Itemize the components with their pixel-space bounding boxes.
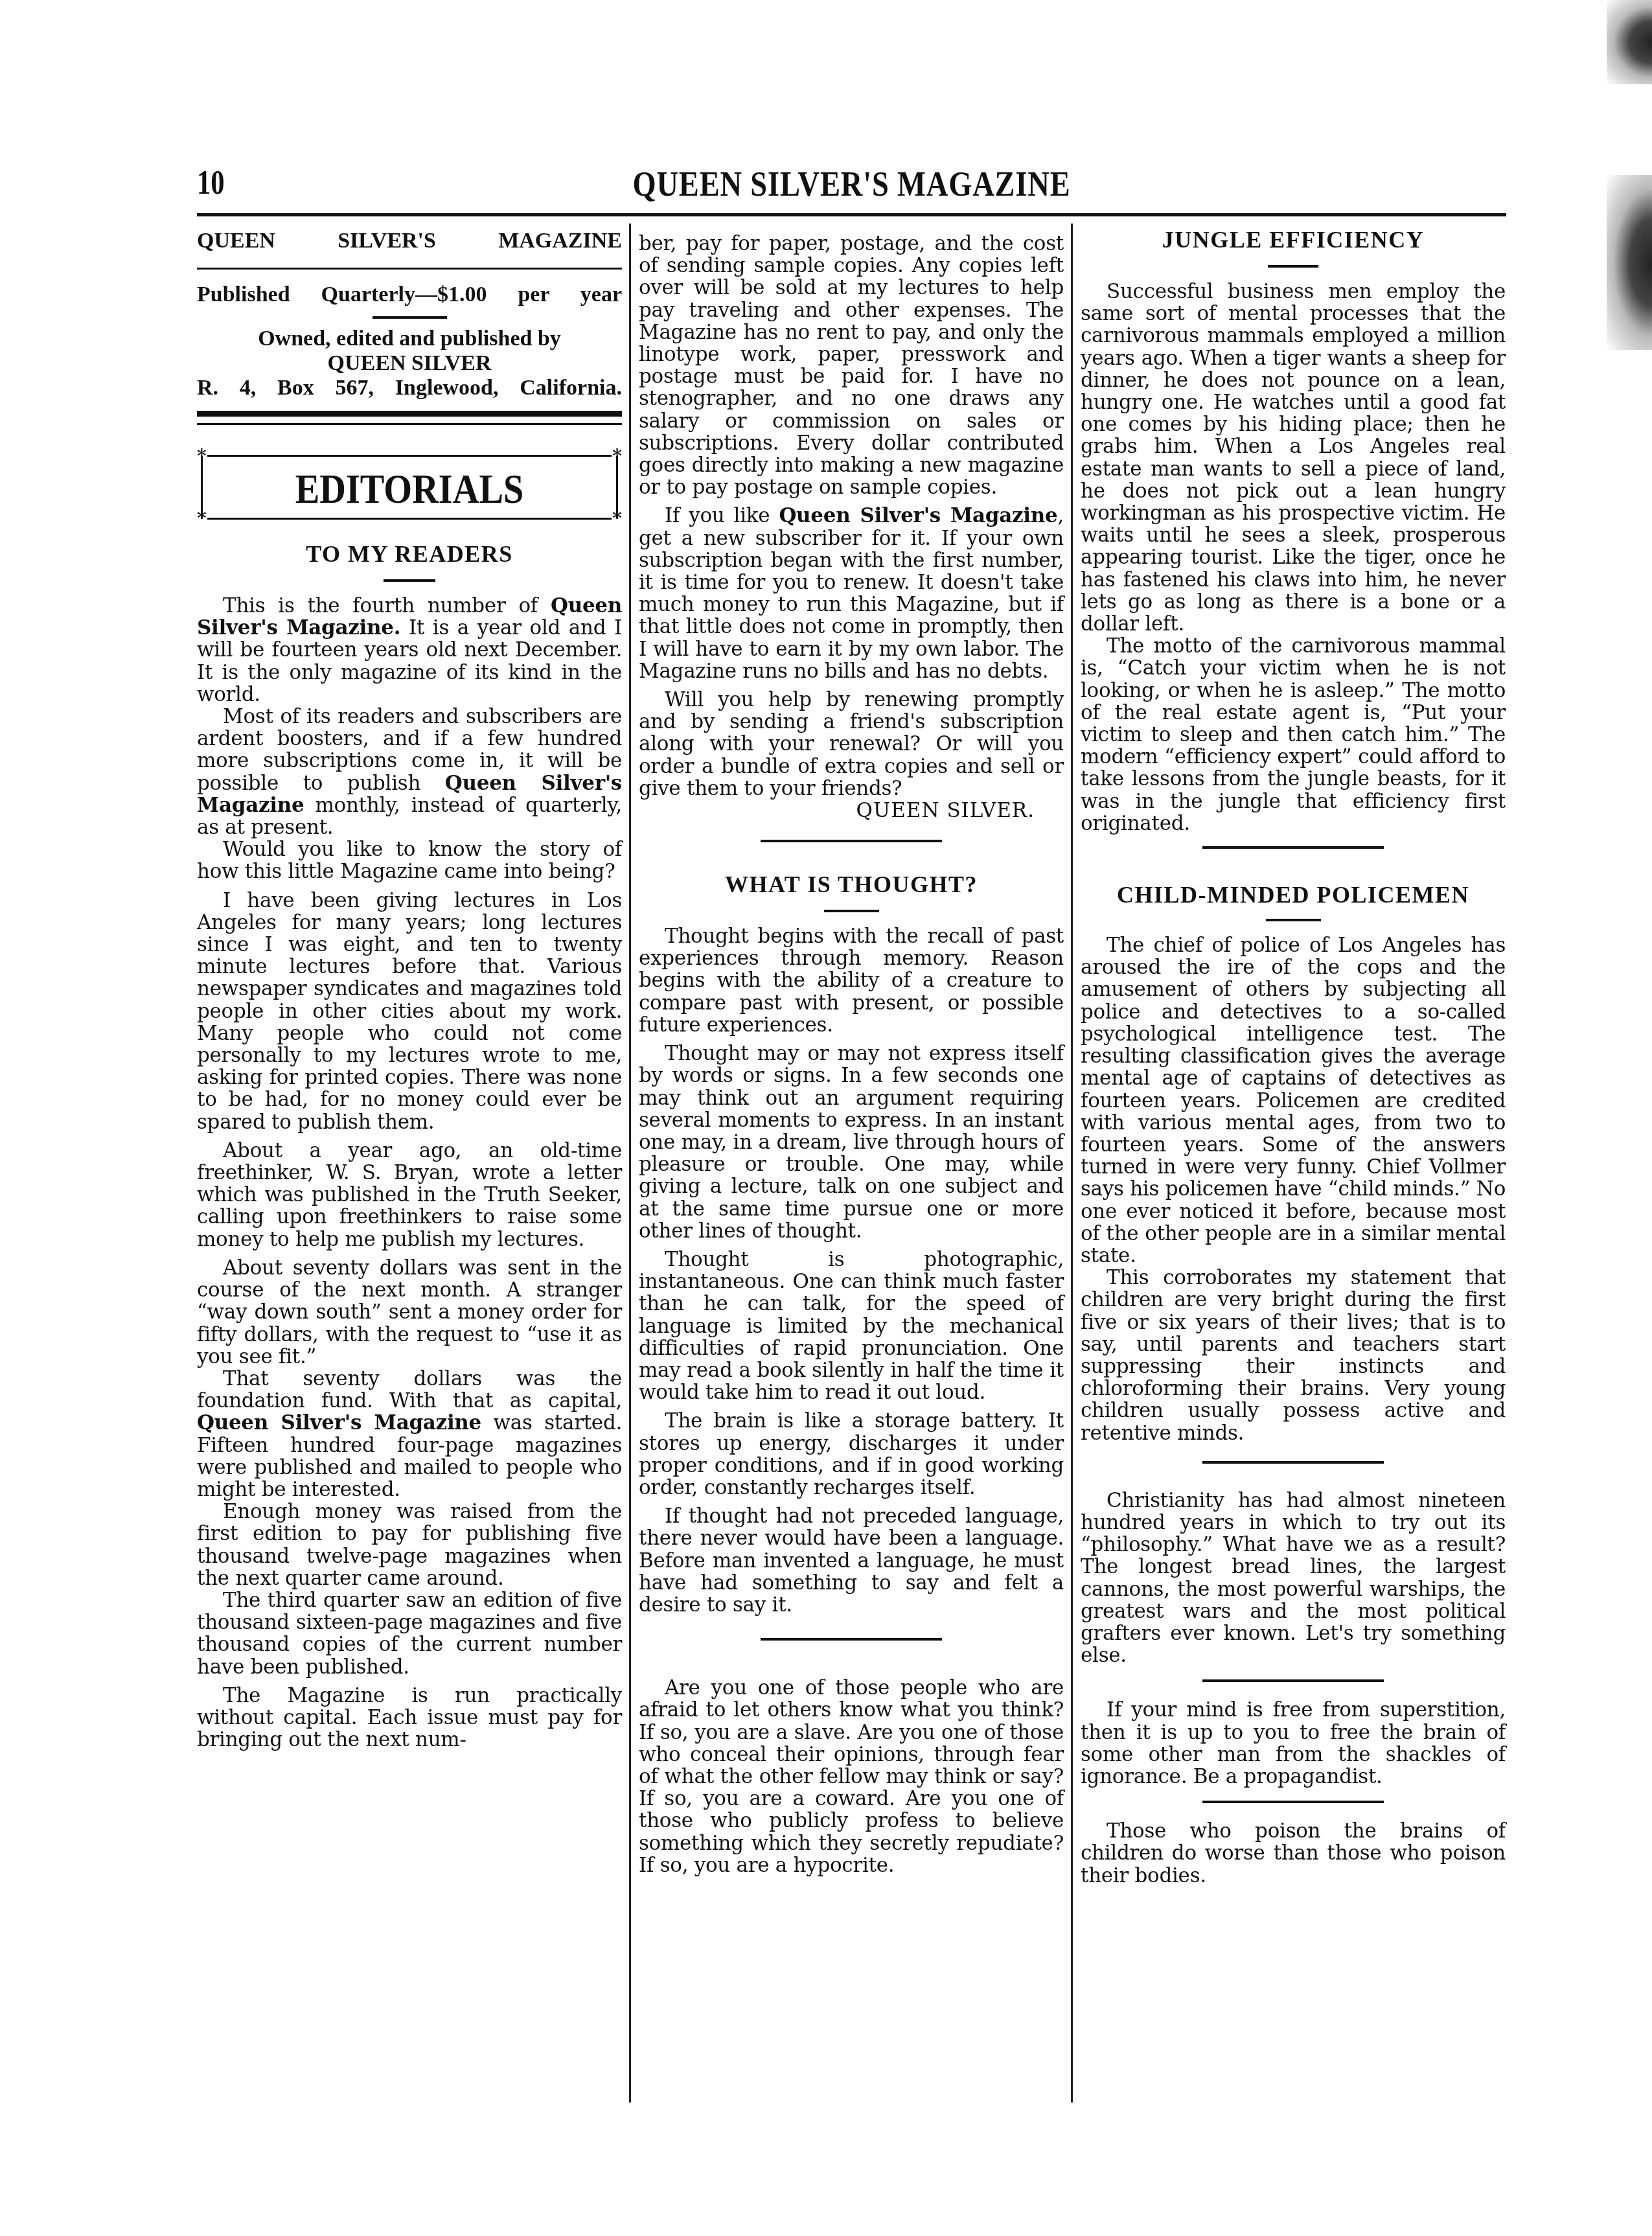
paragraph: The third quarter saw an edition of five… (197, 1589, 622, 1678)
section-banner-title: EDITORIALS (222, 465, 596, 513)
paragraph: About seventy dollars was sent in the co… (197, 1257, 622, 1368)
article-signature: QUEEN SILVER. (639, 800, 1064, 822)
section-divider (1202, 846, 1384, 849)
running-title: QUEEN SILVER'S MAGAZINE (288, 164, 1414, 204)
asterisk-ornament-icon: * (197, 512, 207, 525)
page-number: 10 (197, 164, 225, 202)
paragraph: Are you one of those people who are afra… (639, 1677, 1064, 1876)
paragraph: Thought may or may not express itself by… (639, 1043, 1064, 1242)
masthead-thick-rule (197, 411, 622, 417)
column-rule (629, 224, 631, 2103)
article-title: TO MY READERS (197, 540, 622, 568)
paragraph: Successful business men employ the same … (1081, 281, 1506, 635)
paragraph: Thought is photographic, instantaneous. … (639, 1249, 1064, 1403)
paragraph: Thought begins with the recall of past e… (639, 925, 1064, 1036)
paragraph: Would you like to know the story of how … (197, 838, 622, 882)
paragraph: Those who poison the brains of children … (1081, 1820, 1506, 1887)
asterisk-ornament-icon: * (612, 512, 622, 525)
masthead-title: QUEEN SILVER'S MAGAZINE (197, 229, 622, 253)
column-3: JUNGLE EFFICIENCY Successful business me… (1081, 224, 1506, 1887)
article-body-to-my-readers: This is the fourth number of Queen Silve… (197, 595, 622, 1751)
paragraph: I have been giving lectures in Los Angel… (197, 890, 622, 1133)
section-divider (1202, 1679, 1384, 1682)
paragraph: The brain is like a storage battery. It … (639, 1410, 1064, 1499)
paragraph: The Magazine is run practically without … (197, 1685, 622, 1751)
paragraph: Most of its readers and subscribers are … (197, 706, 622, 838)
article-body-child-minded-policemen: The chief of police of Los Angeles has a… (1081, 934, 1506, 1444)
paragraph: This is the fourth number of Queen Silve… (197, 595, 622, 706)
masthead-thin-rule (197, 423, 622, 425)
paragraph: The motto of the carnivorous mammal is, … (1081, 635, 1506, 835)
section-divider (761, 840, 942, 842)
magazine-name: Queen Silver's Magazine. (197, 594, 622, 640)
magazine-name: Queen Silver's Magazine (779, 504, 1057, 527)
section-divider (1202, 1461, 1384, 1464)
paragraph: The chief of police of Los Angeles has a… (1081, 934, 1506, 1267)
masthead: QUEEN SILVER'S MAGAZINE Published Quarte… (197, 229, 622, 425)
paragraph: If your mind is free from superstition, … (1081, 1699, 1506, 1788)
article-body-to-my-readers-cont: If you like Queen Silver's Magazine, get… (639, 505, 1064, 800)
column-rule (1071, 224, 1073, 2103)
masthead-rule (197, 268, 622, 270)
editorials-banner: * * * * EDITORIALS (197, 448, 622, 526)
paragraph: This corroborates my statement that chil… (1081, 1267, 1506, 1444)
asterisk-ornament-icon: * (197, 450, 207, 463)
masthead-address: R. 4, Box 567, Inglewood, California. (197, 376, 622, 400)
magazine-name: Queen Silver's Magazine (197, 1411, 481, 1435)
article-body-what-is-thought: Thought begins with the recall of past e… (639, 925, 1064, 1616)
article-title: JUNGLE EFFICIENCY (1081, 226, 1506, 253)
article-continuation: ber, pay for paper, postage, and the cos… (639, 233, 1064, 498)
column-1: QUEEN SILVER'S MAGAZINE Published Quarte… (197, 224, 622, 1751)
article-title: WHAT IS THOUGHT? (639, 871, 1064, 898)
paragraph: If you like Queen Silver's Magazine, get… (639, 505, 1064, 682)
paragraph: About a year ago, an old-time freethinke… (197, 1140, 622, 1251)
masthead-price: Published Quarterly—$1.00 per year (197, 282, 622, 307)
paragraph: Christianity has had almost nineteen hun… (1081, 1490, 1506, 1667)
paragraph: Will you help by renewing promptly and b… (639, 689, 1064, 800)
page-header: 10 QUEEN SILVER'S MAGAZINE (197, 159, 1506, 214)
magazine-name: Queen Silver's Magazine (197, 772, 622, 817)
scan-smudge (1607, 175, 1652, 350)
article-body-poison: Those who poison the brains of children … (1081, 1820, 1506, 1887)
article-body-jungle-efficiency: Successful business men employ the same … (1081, 281, 1506, 835)
masthead-publisher: QUEEN SILVER (197, 351, 622, 376)
article-body-slave-coward-hypocrite: Are you one of those people who are afra… (639, 1677, 1064, 1876)
header-rule (197, 213, 1506, 216)
masthead-short-rule (373, 316, 447, 319)
column-2: ber, pay for paper, postage, and the cos… (639, 224, 1064, 1876)
paragraph: If thought had not preceded language, th… (639, 1505, 1064, 1616)
paragraph: Enough money was raised from the first e… (197, 1501, 622, 1589)
scan-smudge (1607, 0, 1652, 84)
section-divider (761, 1638, 942, 1641)
article-body-christianity: Christianity has had almost nineteen hun… (1081, 1490, 1506, 1667)
paragraph: That seventy dollars was the foundation … (197, 1368, 622, 1501)
article-title: CHILD-MINDED POLICEMEN (1081, 881, 1506, 908)
masthead-ownership: Owned, edited and published by (197, 327, 622, 351)
article-body-propagandist: If your mind is free from superstition, … (1081, 1699, 1506, 1788)
asterisk-ornament-icon: * (612, 450, 622, 463)
section-divider (1202, 1801, 1384, 1803)
